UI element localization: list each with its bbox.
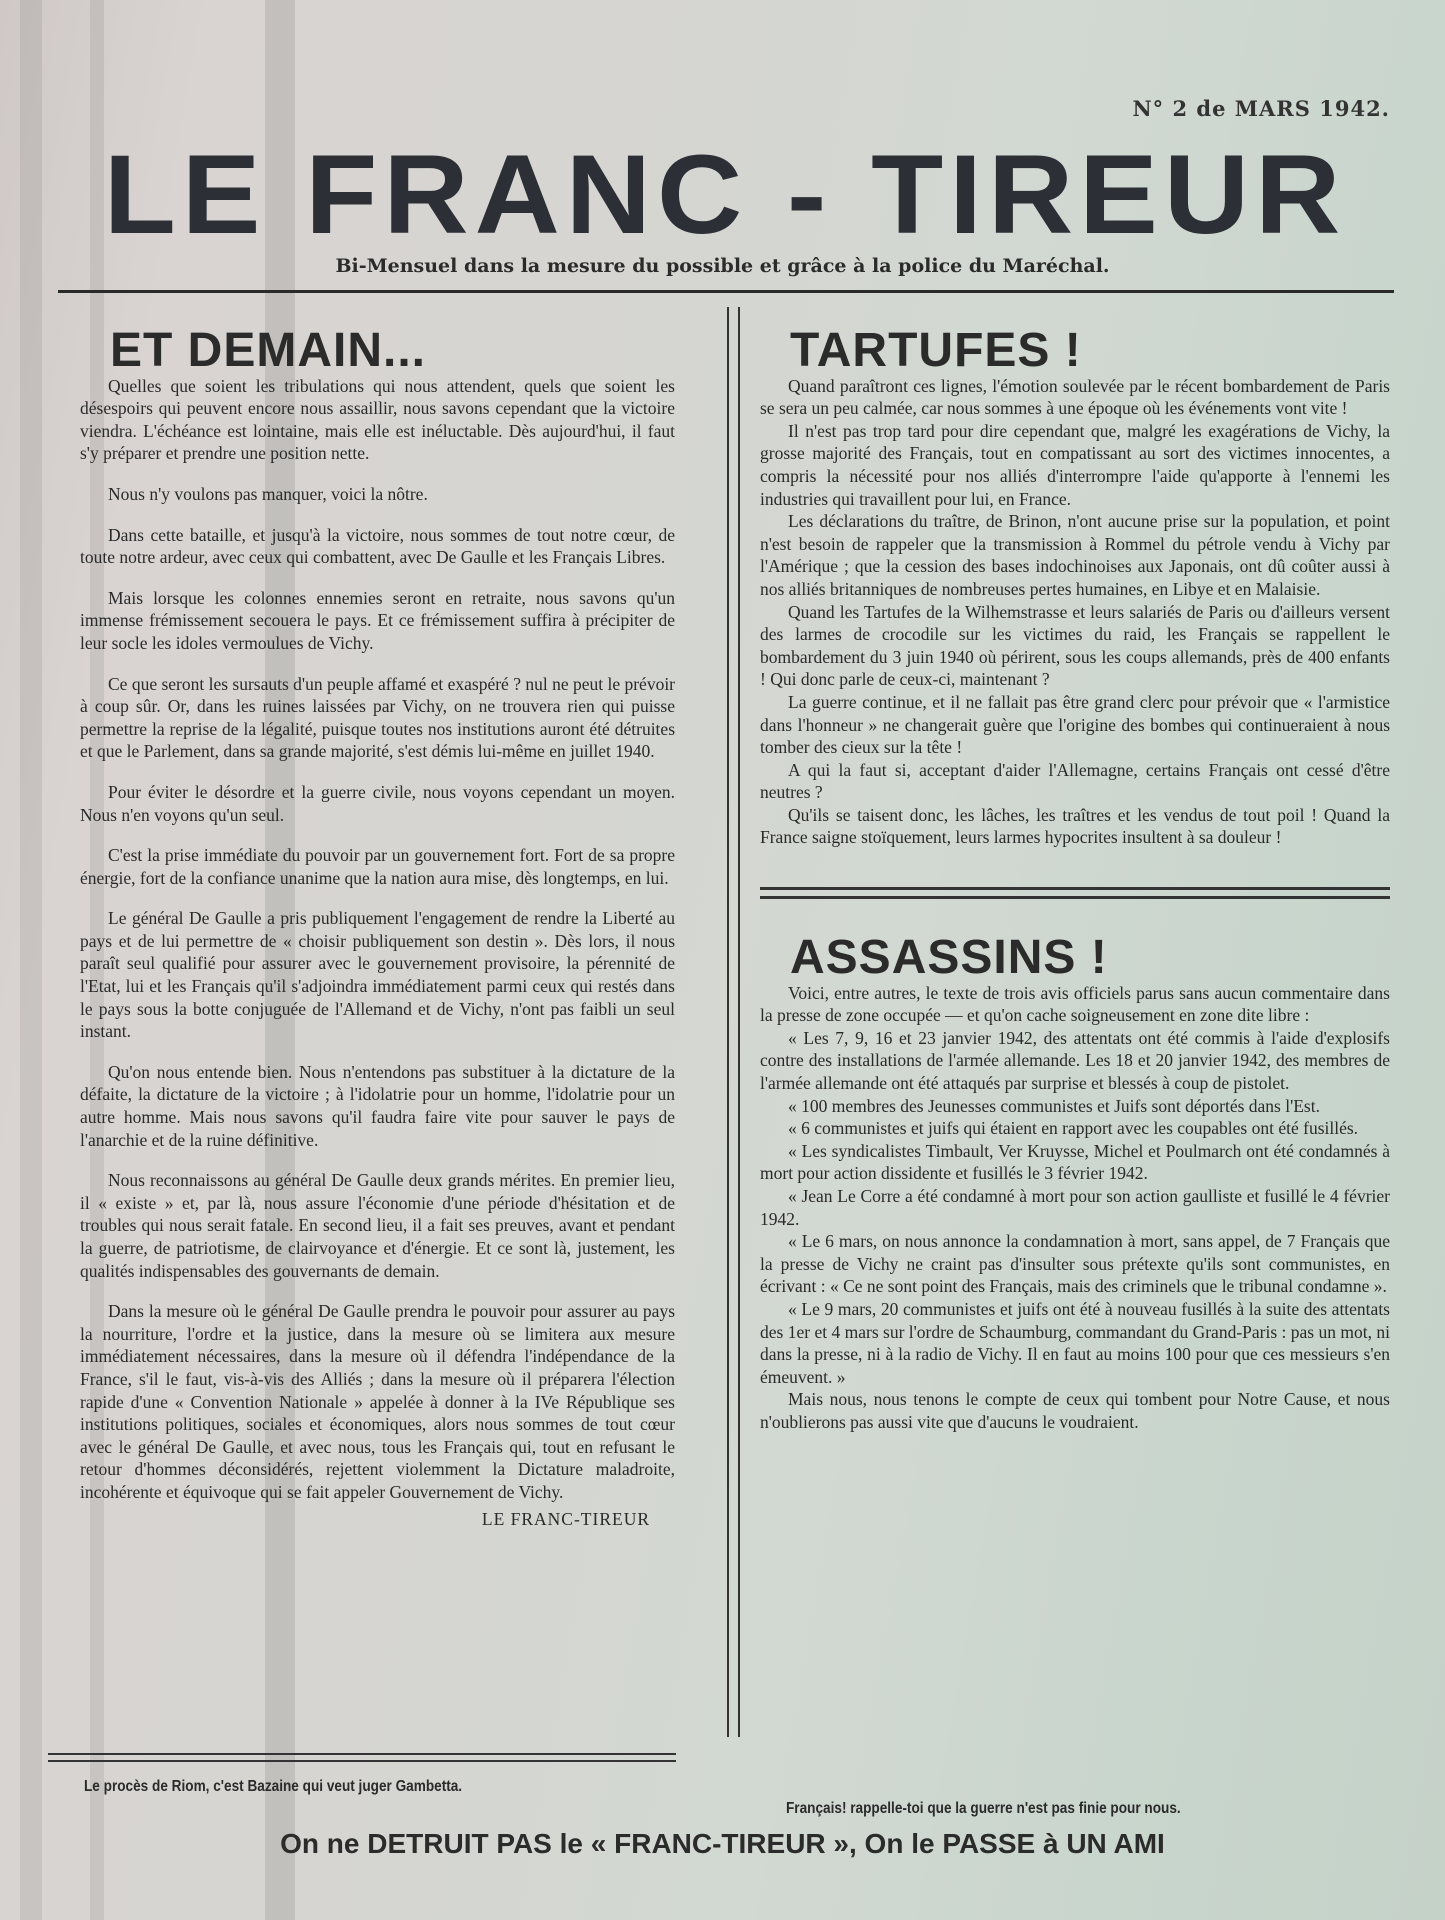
column-divider — [727, 307, 740, 1737]
article-paragraph: « 6 communistes et juifs qui étaient en … — [760, 1117, 1390, 1140]
article-paragraph: Ce que seront les sursauts d'un peuple a… — [80, 673, 675, 763]
article-paragraph: Qu'on nous entende bien. Nous n'entendon… — [80, 1061, 675, 1151]
masthead-tagline: Bi-Mensuel dans la mesure du possible et… — [0, 255, 1445, 277]
article-paragraph: Nous n'y voulons pas manquer, voici la n… — [80, 483, 675, 506]
masthead-title: LE FRANC - TIREUR — [60, 143, 1390, 248]
article-paragraph: Quand les Tartufes de la Wilhemstrasse e… — [760, 601, 1390, 691]
article-tartufes: TARTUFES ! Quand paraîtront ces lignes, … — [760, 340, 1390, 849]
article-paragraph: Les déclarations du traître, de Brinon, … — [760, 510, 1390, 600]
section-divider — [48, 1753, 676, 1762]
article-signature: LE FRANC-TIREUR — [80, 1508, 650, 1531]
article-paragraph: Il n'est pas trop tard pour dire cependa… — [760, 420, 1390, 510]
article-paragraph: Quelles que soient les tribulations qui … — [80, 375, 675, 465]
article-headline: ASSASSINS ! — [790, 947, 1390, 970]
article-paragraph: Dans cette bataille, et jusqu'à la victo… — [80, 524, 675, 569]
article-paragraph: Mais nous, nous tenons le compte de ceux… — [760, 1388, 1390, 1433]
article-paragraph: « Jean Le Corre a été condamné à mort po… — [760, 1185, 1390, 1230]
article-paragraph: Mais lorsque les colonnes ennemies seron… — [80, 587, 675, 655]
article-assassins: ASSASSINS ! Voici, entre autres, le text… — [760, 947, 1390, 1433]
article-paragraph: Nous reconnaissons au général De Gaulle … — [80, 1169, 675, 1282]
article-paragraph: A qui la faut si, acceptant d'aider l'Al… — [760, 759, 1390, 804]
article-headline: TARTUFES ! — [790, 340, 1390, 363]
article-paragraph: « Le 6 mars, on nous annonce la condamna… — [760, 1230, 1390, 1298]
article-paragraph: Pour éviter le désordre et la guerre civ… — [80, 781, 675, 826]
article-paragraph: « 100 membres des Jeunesses communistes … — [760, 1095, 1390, 1118]
paper-crease — [20, 0, 42, 1920]
article-paragraph: « Les syndicalistes Timbault, Ver Kruyss… — [760, 1140, 1390, 1185]
article-paragraph: « Le 9 mars, 20 communistes et juifs ont… — [760, 1298, 1390, 1388]
article-paragraph: Dans la mesure où le général De Gaulle p… — [80, 1300, 675, 1503]
slogan-riom: Le procès de Riom, c'est Bazaine qui veu… — [84, 1778, 462, 1796]
article-paragraph: La guerre continue, et il ne fallait pas… — [760, 691, 1390, 759]
article-paragraph: Quand paraîtront ces lignes, l'émotion s… — [760, 375, 1390, 420]
article-paragraph: Qu'ils se taisent donc, les lâches, les … — [760, 804, 1390, 849]
article-paragraph: « Les 7, 9, 16 et 23 janvier 1942, des a… — [760, 1027, 1390, 1095]
article-paragraph: C'est la prise immédiate du pouvoir par … — [80, 844, 675, 889]
masthead-rule — [58, 290, 1394, 293]
newspaper-page: N° 2 de MARS 1942. LE FRANC - TIREUR Bi-… — [0, 0, 1445, 1920]
right-column: TARTUFES ! Quand paraîtront ces lignes, … — [760, 340, 1390, 1434]
slogan-guerre: Français! rappelle-toi que la guerre n'e… — [786, 1800, 1181, 1818]
section-divider — [760, 887, 1390, 899]
issue-number: N° 2 de MARS 1942. — [1132, 96, 1390, 121]
article-et-demain: ET DEMAIN... Quelles que soient les trib… — [80, 340, 675, 1530]
article-paragraph: Voici, entre autres, le texte de trois a… — [760, 982, 1390, 1027]
footer-slogan: On ne DETRUIT PAS le « FRANC-TIREUR », O… — [0, 1828, 1445, 1860]
article-headline: ET DEMAIN... — [110, 340, 675, 363]
article-paragraph: Le général De Gaulle a pris publiquement… — [80, 907, 675, 1043]
